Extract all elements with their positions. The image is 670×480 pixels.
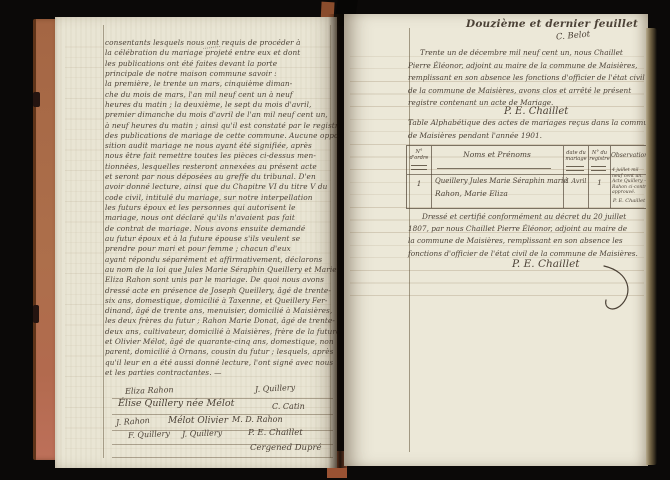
signature: Eliza Rahon [125, 385, 174, 396]
signature: C. Catin [272, 402, 305, 411]
act-line: la première, le trente un mars, cinquièm… [105, 79, 333, 89]
certification-line: la commune de Maisières, remplissant en … [408, 235, 644, 247]
cell-order: 1 [407, 179, 431, 188]
act-line: code civil, intitulé du mariage, sur not… [105, 193, 333, 203]
act-line: à neuf heures du matin ; ainsi qu'il est… [105, 121, 333, 131]
act-line: et les parties contractantes. — [105, 368, 333, 378]
left-page: consentants lesquels nous ont requis de … [55, 17, 337, 468]
column-header-date: date du mariage [564, 150, 588, 162]
page-stack-edge [646, 28, 657, 465]
table-title: de Maisières pendant l'année 1901. [408, 131, 542, 140]
folio-header-signature: C. Belot [555, 30, 590, 43]
certification-line: 1807, par nous Chaillet Pierre Éléonor, … [408, 223, 644, 235]
act-line: au futur époux et à la future épouse s'i… [105, 234, 333, 244]
act-line: mariage, nous ont déclaré qu'ils n'avaie… [105, 213, 333, 223]
signature-flourish [602, 264, 636, 314]
column-header-observations: Observations [611, 153, 647, 159]
act-line: et seront par nous déposées au greffe du… [105, 172, 333, 182]
header-underline [411, 165, 427, 170]
column-header-names: Noms et Prénoms [433, 152, 561, 158]
scanned-register-spread: consentants lesquels nous ont requis de … [0, 0, 670, 480]
column-header-order: N° d'ordre [407, 149, 431, 161]
act-line: heures du matin ; la deuxième, le sept d… [105, 100, 333, 110]
observation-line: approuvé. [612, 190, 647, 196]
cell-observation-signature: P. E. Chaillet [611, 198, 647, 204]
marriage-index-table: N° d'ordre Noms et Prénoms date du maria… [406, 145, 648, 209]
table-title: Table Alphabétique des actes de mariages… [408, 118, 648, 127]
act-line: la célébration du mariage projeté entre … [105, 48, 333, 58]
signature-rule [112, 457, 333, 458]
act-line: des publications de mariage de cette com… [105, 131, 333, 141]
act-line: avoir donné lecture, ainsi que du Chapit… [105, 182, 333, 192]
binding-tear [33, 305, 39, 323]
act-line: qu'il leur en a été aussi donné lecture,… [105, 358, 333, 368]
act-line: prendre pour mari et pour femme ; chacun… [105, 244, 333, 254]
act-line: dinand, âgé de trente ans, menuisier, do… [105, 306, 333, 316]
certification-line: Dressé et certifié conformément au décre… [408, 211, 644, 223]
header-underline [566, 166, 584, 171]
observation-line: Acte Quillery – [612, 179, 647, 185]
act-line: sition audit mariage ne nous ayant été s… [105, 141, 333, 151]
signature: P. E. Chaillet [248, 428, 303, 438]
act-line: premier dimanche du mois d'avril de l'an… [105, 110, 333, 120]
cell-names-line1: Queillery Jules Marie Séraphin marié [435, 177, 568, 185]
act-line: les futurs époux et les personnes qui au… [105, 203, 333, 213]
header-underline [437, 168, 551, 169]
act-line: principale de notre maison commune savoi… [105, 69, 333, 79]
header-underline [591, 166, 606, 171]
act-line: Eliza Rahon sont unis par le mariage. De… [105, 275, 333, 285]
marriage-act-text: consentants lesquels nous ont requis de … [105, 38, 333, 378]
margin-line [103, 25, 104, 458]
signature-rule [112, 414, 333, 415]
column-header-register: N° du registre [589, 150, 610, 162]
act-line: deux ans, cultivateur, domicilié à Maisi… [105, 327, 333, 337]
act-line: six ans, domestique, domicilié à Taxenne… [105, 296, 333, 306]
binding-tear [33, 92, 40, 107]
signature: Élise Quillery née Mélot [118, 398, 234, 409]
act-line: tionnées, lesquelles resteront annexées … [105, 162, 333, 172]
right-page: Douzième et dernier feuillet C. Belot Tr… [344, 14, 648, 466]
act-line: ayant répondu séparément et affirmativem… [105, 255, 333, 265]
signature: P. E. Chaillet [512, 258, 580, 270]
act-line: nous être fait remettre toutes les pièce… [105, 151, 333, 161]
act-line: les publications ont été faites devant l… [105, 59, 333, 69]
act-line: dressé acte en présence de Joseph Queill… [105, 286, 333, 296]
act-line: au nom de la loi que Jules Marie Séraphi… [105, 265, 333, 275]
folio-header: Douzième et dernier feuillet [466, 18, 638, 30]
cell-date: 1 Avril [564, 178, 588, 185]
cell-observations: 4 juillet milneuf cent un.Acte Quillery … [612, 168, 647, 196]
closing-line: remplissant en son absence les fonctions… [408, 72, 644, 85]
signature: Mélot Olivier [168, 416, 228, 426]
certification-statement: Dressé et certifié conformément au décre… [408, 211, 644, 260]
signature: M. D. Rahon [232, 415, 283, 424]
closing-line: Pierre Éléonor, adjoint au maire de la c… [408, 60, 644, 73]
signature: J. Quillery [182, 428, 222, 438]
act-line: les deux frères du futur ; Rahon Marie D… [105, 316, 333, 326]
act-line: parent, domicilié à Ornans, cousin du fu… [105, 347, 333, 357]
closing-line: Trente un de décembre mil neuf cent un, … [408, 47, 644, 60]
closing-line: de la commune de Maisières, avons clos e… [408, 85, 644, 98]
cell-register: 1 [589, 178, 610, 187]
signature: P. E. Chaillet [504, 106, 568, 117]
act-line: che du mois de mars, l'an mil neuf cent … [105, 90, 333, 100]
act-line: et Olivier Mélot, âgé de quarante-cinq a… [105, 337, 333, 347]
closing-statement: Trente un de décembre mil neuf cent un, … [408, 47, 644, 110]
signature: Cergened Dupré [250, 443, 322, 453]
act-line: consentants lesquels nous ont requis de … [105, 38, 333, 48]
cell-names-line2: Rahon, Marie Eliza [435, 189, 508, 198]
act-line: de contrat de mariage. Nous avons ensuit… [105, 224, 333, 234]
column-divider [431, 146, 432, 208]
